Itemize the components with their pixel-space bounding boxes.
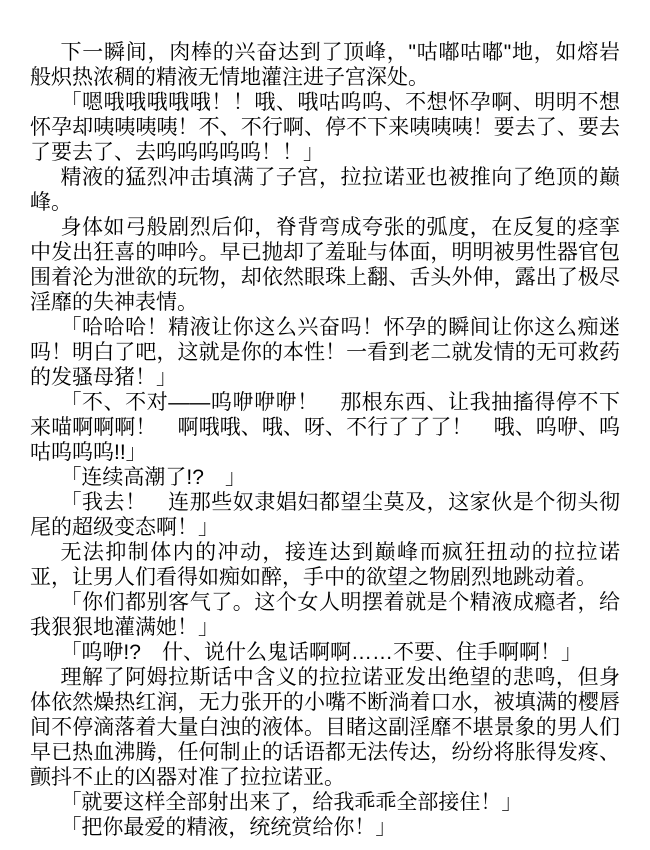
paragraph-dialogue-7: 「呜咿!? 什、说什么鬼话啊啊……不要、住手啊啊！」 xyxy=(30,640,620,665)
paragraph-dialogue-9: 「把你最爱的精液，统统赏给你！」 xyxy=(30,815,620,840)
paragraph-narrative-3: 身体如弓般剧烈后仰，脊背弯成夸张的弧度，在反复的痉挛中发出狂喜的呻吟。早已抛却了… xyxy=(30,215,620,315)
app-window: { "page": { "background_color": "#ffffff… xyxy=(0,0,650,850)
paragraph-dialogue-6: 「你们都别客气了。这个女人明摆着就是个精液成瘾者，给我狠狠地灌满她！」 xyxy=(30,590,620,640)
paragraph-dialogue-3: 「不、不对——呜咿咿咿！ 那根东西、让我抽搐得停不下来喵啊啊啊！ 啊哦哦、哦、呀… xyxy=(30,390,620,465)
paragraph-narrative-2: 精液的猛烈冲击填满了子宫，拉拉诺亚也被推向了绝顶的巅峰。 xyxy=(30,165,620,215)
paragraph-dialogue-4: 「连续高潮了!? 」 xyxy=(30,465,620,490)
text-page: 下一瞬间，肉棒的兴奋达到了顶峰，"咕嘟咕嘟"地，如熔岩般炽热浓稠的精液无情地灌注… xyxy=(0,0,650,850)
paragraph-narrative-1: 下一瞬间，肉棒的兴奋达到了顶峰，"咕嘟咕嘟"地，如熔岩般炽热浓稠的精液无情地灌注… xyxy=(30,40,620,90)
paragraph-dialogue-5: 「我去！ 连那些奴隶娼妇都望尘莫及，这家伙是个彻头彻尾的超级变态啊！」 xyxy=(30,490,620,540)
paragraph-dialogue-1: 「嗯哦哦哦哦哦！！哦、哦咕呜呜、不想怀孕啊、明明不想怀孕却咦咦咦咦！不、不行啊、… xyxy=(30,90,620,165)
paragraph-narrative-5: 理解了阿姆拉斯话中含义的拉拉诺亚发出绝望的悲鸣，但身体依然燥热红润，无力张开的小… xyxy=(30,665,620,790)
paragraph-dialogue-2: 「哈哈哈！精液让你这么兴奋吗！怀孕的瞬间让你这么痴迷吗！明白了吧，这就是你的本性… xyxy=(30,315,620,390)
paragraph-narrative-4: 无法抑制体内的冲动，接连达到巅峰而疯狂扭动的拉拉诺亚，让男人们看得如痴如醉，手中… xyxy=(30,540,620,590)
paragraph-dialogue-8: 「就要这样全部射出来了，给我乖乖全部接住！」 xyxy=(30,790,620,815)
